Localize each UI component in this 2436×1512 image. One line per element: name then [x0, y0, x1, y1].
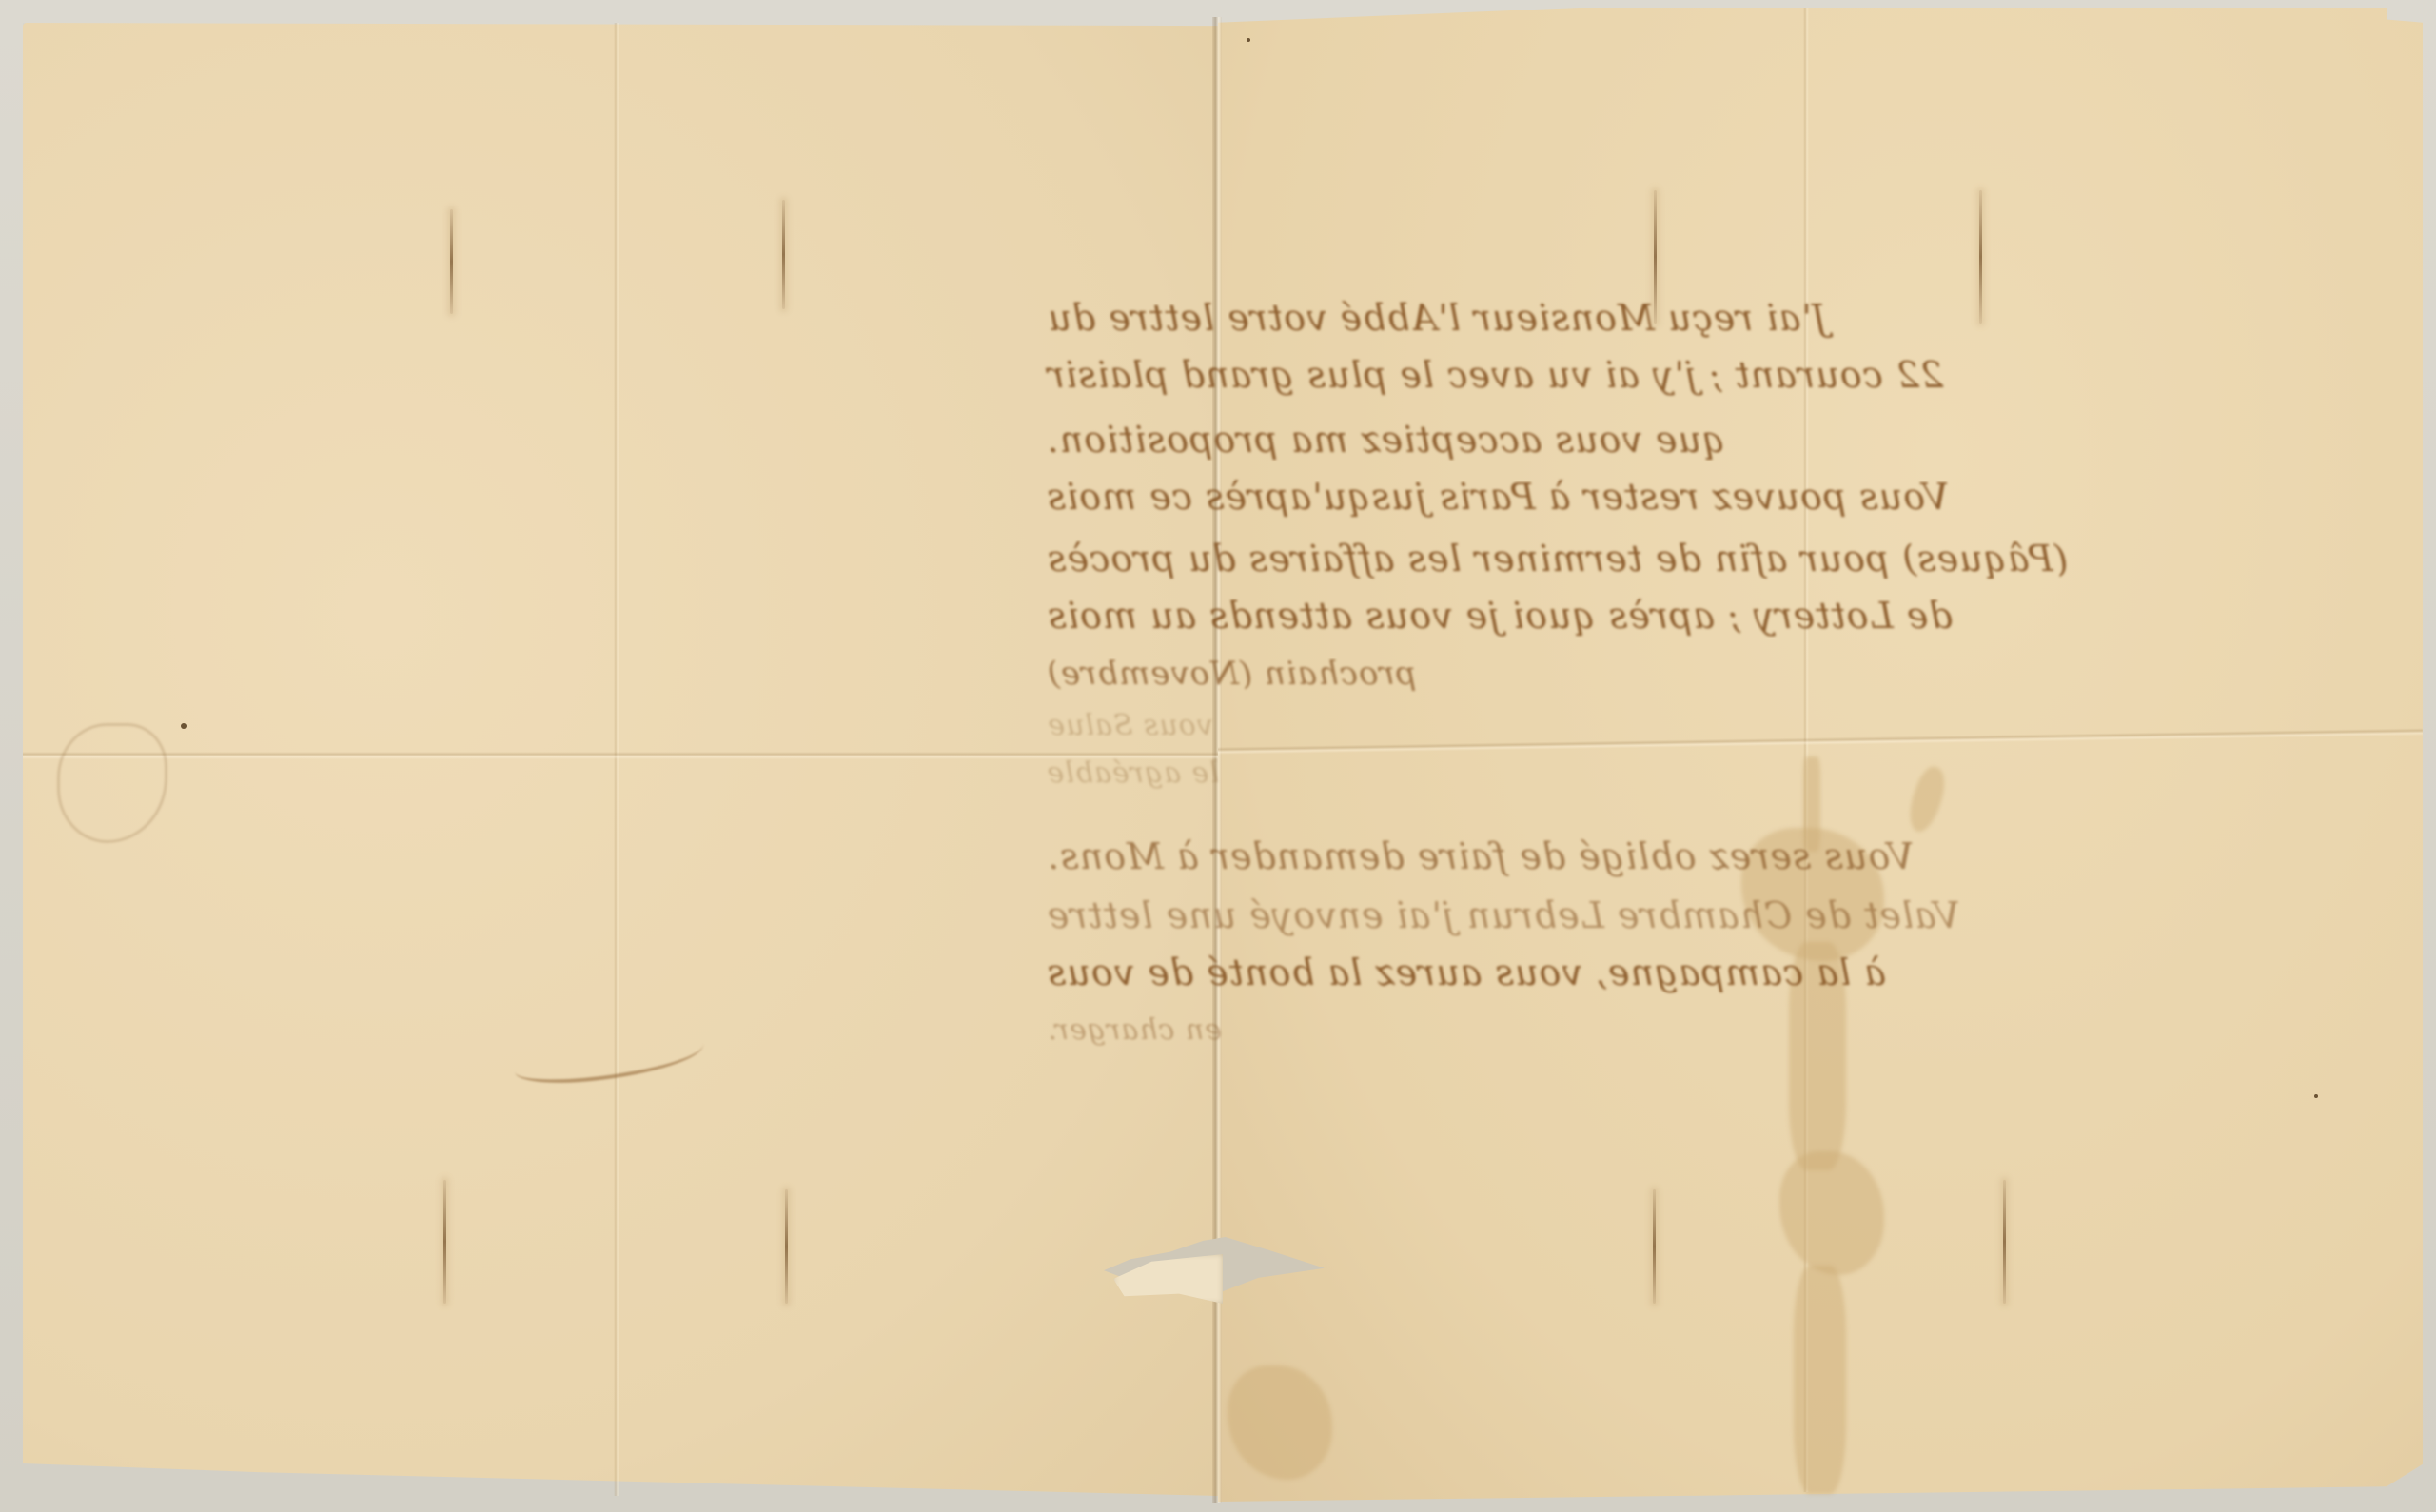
postscript-line: en charger.: [1047, 1013, 1222, 1047]
pin-slit-mark: [1653, 1189, 1656, 1304]
letter-text-line: de Lottery ; après quoi je vous attends …: [1047, 595, 1952, 637]
letter-left-page: [23, 23, 1218, 1496]
left-horizontal-fold: [23, 752, 1218, 759]
left-vertical-fold: [614, 23, 619, 1496]
pin-slit-mark: [443, 1180, 446, 1304]
pin-slit-mark: [782, 200, 785, 309]
letter-text-line: que vous acceptiez ma proposition.: [1047, 419, 1726, 461]
water-stain: [1794, 1266, 1846, 1494]
letter-text-line: Vous pouvez rester à Paris jusqu'après c…: [1047, 476, 1950, 518]
paper-speck: [2314, 1094, 2318, 1098]
letter-text-line: J'ai reçu Monsieur l'Abbé votre lettre d…: [1047, 297, 1827, 339]
pin-slit-mark: [785, 1189, 788, 1304]
paper-speck: [181, 723, 187, 729]
pin-slit-mark: [1979, 190, 1982, 324]
postscript-line: Valet de Chambre Lebrun j'ai envoyé une …: [1047, 894, 1960, 936]
pin-slit-mark: [450, 209, 453, 314]
paper-speck: [1247, 38, 1250, 42]
letter-text-line: prochain (Novembre): [1047, 655, 1417, 693]
letter-text-line: (Pâques) pour afin de terminer les affai…: [1047, 538, 2068, 579]
postscript-line: Vous serez obligé de faire demander à Mo…: [1047, 835, 1914, 877]
letter-faint-line: le agréable: [1047, 756, 1220, 790]
postscript-line: à la campagne, vous aurez la bonté de vo…: [1047, 952, 1886, 993]
pin-slit-mark: [2003, 1180, 2006, 1304]
letter-faint-line: vous Salue: [1047, 709, 1212, 742]
letter-text-line: 22 courant ; j'y ai vu avec le plus gran…: [1047, 354, 1944, 396]
